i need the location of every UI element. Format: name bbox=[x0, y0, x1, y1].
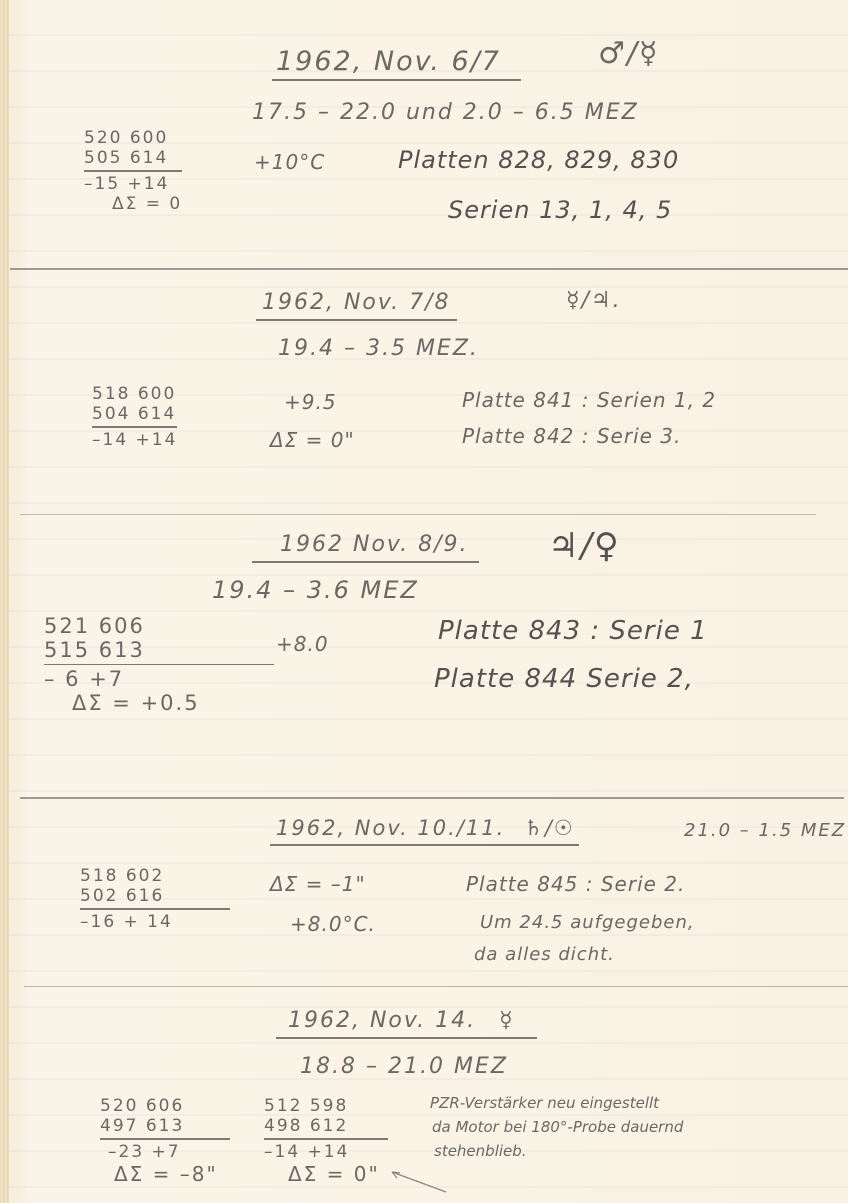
entry-title: 1962, Nov. 6/7 bbox=[272, 46, 521, 81]
planet-symbols: ☿ bbox=[499, 1008, 515, 1033]
delta-value: ΔΣ = –8" bbox=[100, 1162, 230, 1186]
reading-row-1: 520 600 bbox=[84, 128, 182, 148]
sum-line bbox=[100, 1138, 230, 1140]
note-line-3: stehenblieb. bbox=[434, 1142, 527, 1160]
temperature: +8.0°C. bbox=[290, 912, 376, 936]
note-line-2: Serien 13, 1, 4, 5 bbox=[448, 196, 672, 224]
reading-row-2: 497 613 bbox=[100, 1116, 230, 1136]
reading-diff: –16 + 14 bbox=[80, 912, 230, 932]
temperature: +9.5 bbox=[284, 390, 337, 414]
readings-block-a: 520 606 497 613 –23 +7 ΔΣ = –8" bbox=[100, 1096, 230, 1186]
temperature: +8.0 bbox=[276, 632, 329, 656]
note-line-2: Platte 842 : Serie 3. bbox=[462, 424, 681, 448]
readings-block: 521 606 515 613 – 6 +7 ΔΣ = +0.5 bbox=[44, 614, 274, 715]
entry-title: 1962, Nov. 10./11. bbox=[276, 816, 505, 840]
delta-value: ΔΣ = 0" bbox=[270, 428, 355, 452]
note-line-3: da alles dicht. bbox=[474, 944, 615, 965]
note-line-1: PZR-Verstärker neu eingestellt bbox=[430, 1094, 659, 1112]
entry-separator bbox=[24, 986, 848, 987]
observation-time: 21.0 – 1.5 MEZ bbox=[684, 820, 846, 841]
entry-title-with-planets: 1962, Nov. 14. ☿ bbox=[276, 1008, 537, 1039]
note-line-2: da Motor bei 180°-Probe dauernd bbox=[432, 1118, 683, 1136]
delta-value: ΔΣ = –1" bbox=[270, 872, 366, 896]
reading-row-2: 515 613 bbox=[44, 638, 274, 662]
entry-separator bbox=[20, 797, 844, 799]
readings-block: 518 602 502 616 –16 + 14 bbox=[80, 866, 230, 932]
sum-line bbox=[92, 426, 177, 428]
note-line-1: Platte 843 : Serie 1 bbox=[438, 616, 708, 646]
observation-time: 19.4 – 3.6 MEZ bbox=[212, 576, 419, 604]
note-line-1: Platte 841 : Serien 1, 2 bbox=[462, 388, 716, 412]
readings-block-b: 512 598 498 612 –14 +14 ΔΣ = 0" bbox=[264, 1096, 388, 1186]
delta-value: ΔΣ = 0" bbox=[264, 1162, 388, 1186]
reading-row-1: 518 602 bbox=[80, 866, 230, 886]
sum-line bbox=[44, 664, 274, 665]
notebook-page: 1962, Nov. 6/7 ♂/☿ 17.5 – 22.0 und 2.0 –… bbox=[0, 0, 848, 1203]
reading-row-1: 521 606 bbox=[44, 614, 274, 638]
observation-time: 17.5 – 22.0 und 2.0 – 6.5 MEZ bbox=[252, 100, 639, 125]
reading-diff: –14 +14 bbox=[92, 430, 177, 450]
entry-separator bbox=[20, 514, 816, 515]
planet-symbols: ♃/♀ bbox=[548, 526, 621, 566]
sum-line bbox=[80, 908, 230, 910]
observation-time: 18.8 – 21.0 MEZ bbox=[300, 1054, 508, 1079]
planet-symbols: ♄/☉ bbox=[524, 816, 575, 840]
reading-row-2: 502 616 bbox=[80, 886, 230, 906]
delta-value: ΔΣ = 0 bbox=[84, 194, 182, 214]
entry-title: 1962 Nov. 8/9. bbox=[252, 532, 479, 563]
entry-title: 1962, Nov. 14. bbox=[288, 1008, 476, 1033]
reading-row-2: 504 614 bbox=[92, 404, 177, 424]
reading-diff: –15 +14 bbox=[84, 174, 182, 194]
note-line-2: Platte 844 Serie 2, bbox=[434, 664, 694, 694]
reading-diff: – 6 +7 bbox=[44, 667, 274, 691]
reading-row-2: 505 614 bbox=[84, 148, 182, 168]
note-line-2: Um 24.5 aufgegeben, bbox=[480, 912, 695, 933]
planet-symbols: ♂/☿ bbox=[598, 36, 659, 71]
sum-line bbox=[84, 170, 182, 172]
note-line-1: Platte 845 : Serie 2. bbox=[466, 872, 685, 896]
note-line-1: Platten 828, 829, 830 bbox=[398, 146, 679, 174]
reading-row-1: 520 606 bbox=[100, 1096, 230, 1116]
reading-diff: –14 +14 bbox=[264, 1142, 388, 1162]
page-binding-edge bbox=[0, 0, 9, 1203]
reading-diff: –23 +7 bbox=[100, 1142, 230, 1162]
observation-time: 19.4 – 3.5 MEZ. bbox=[278, 336, 479, 361]
delta-value: ΔΣ = +0.5 bbox=[44, 691, 274, 715]
entry-separator bbox=[10, 268, 848, 270]
reading-row-2: 498 612 bbox=[264, 1116, 388, 1136]
reading-row-1: 512 598 bbox=[264, 1096, 388, 1116]
sum-line bbox=[264, 1138, 388, 1140]
planet-symbols: ☿/♃. bbox=[566, 288, 622, 313]
reading-row-1: 518 600 bbox=[92, 384, 177, 404]
entry-title-with-planets: 1962, Nov. 10./11. ♄/☉ bbox=[270, 816, 579, 846]
arrow-annotation-icon bbox=[390, 1168, 450, 1198]
readings-block: 518 600 504 614 –14 +14 bbox=[92, 384, 177, 450]
temperature: +10°C bbox=[254, 150, 325, 174]
readings-block: 520 600 505 614 –15 +14 ΔΣ = 0 bbox=[84, 128, 182, 214]
entry-title: 1962, Nov. 7/8 bbox=[256, 290, 457, 321]
